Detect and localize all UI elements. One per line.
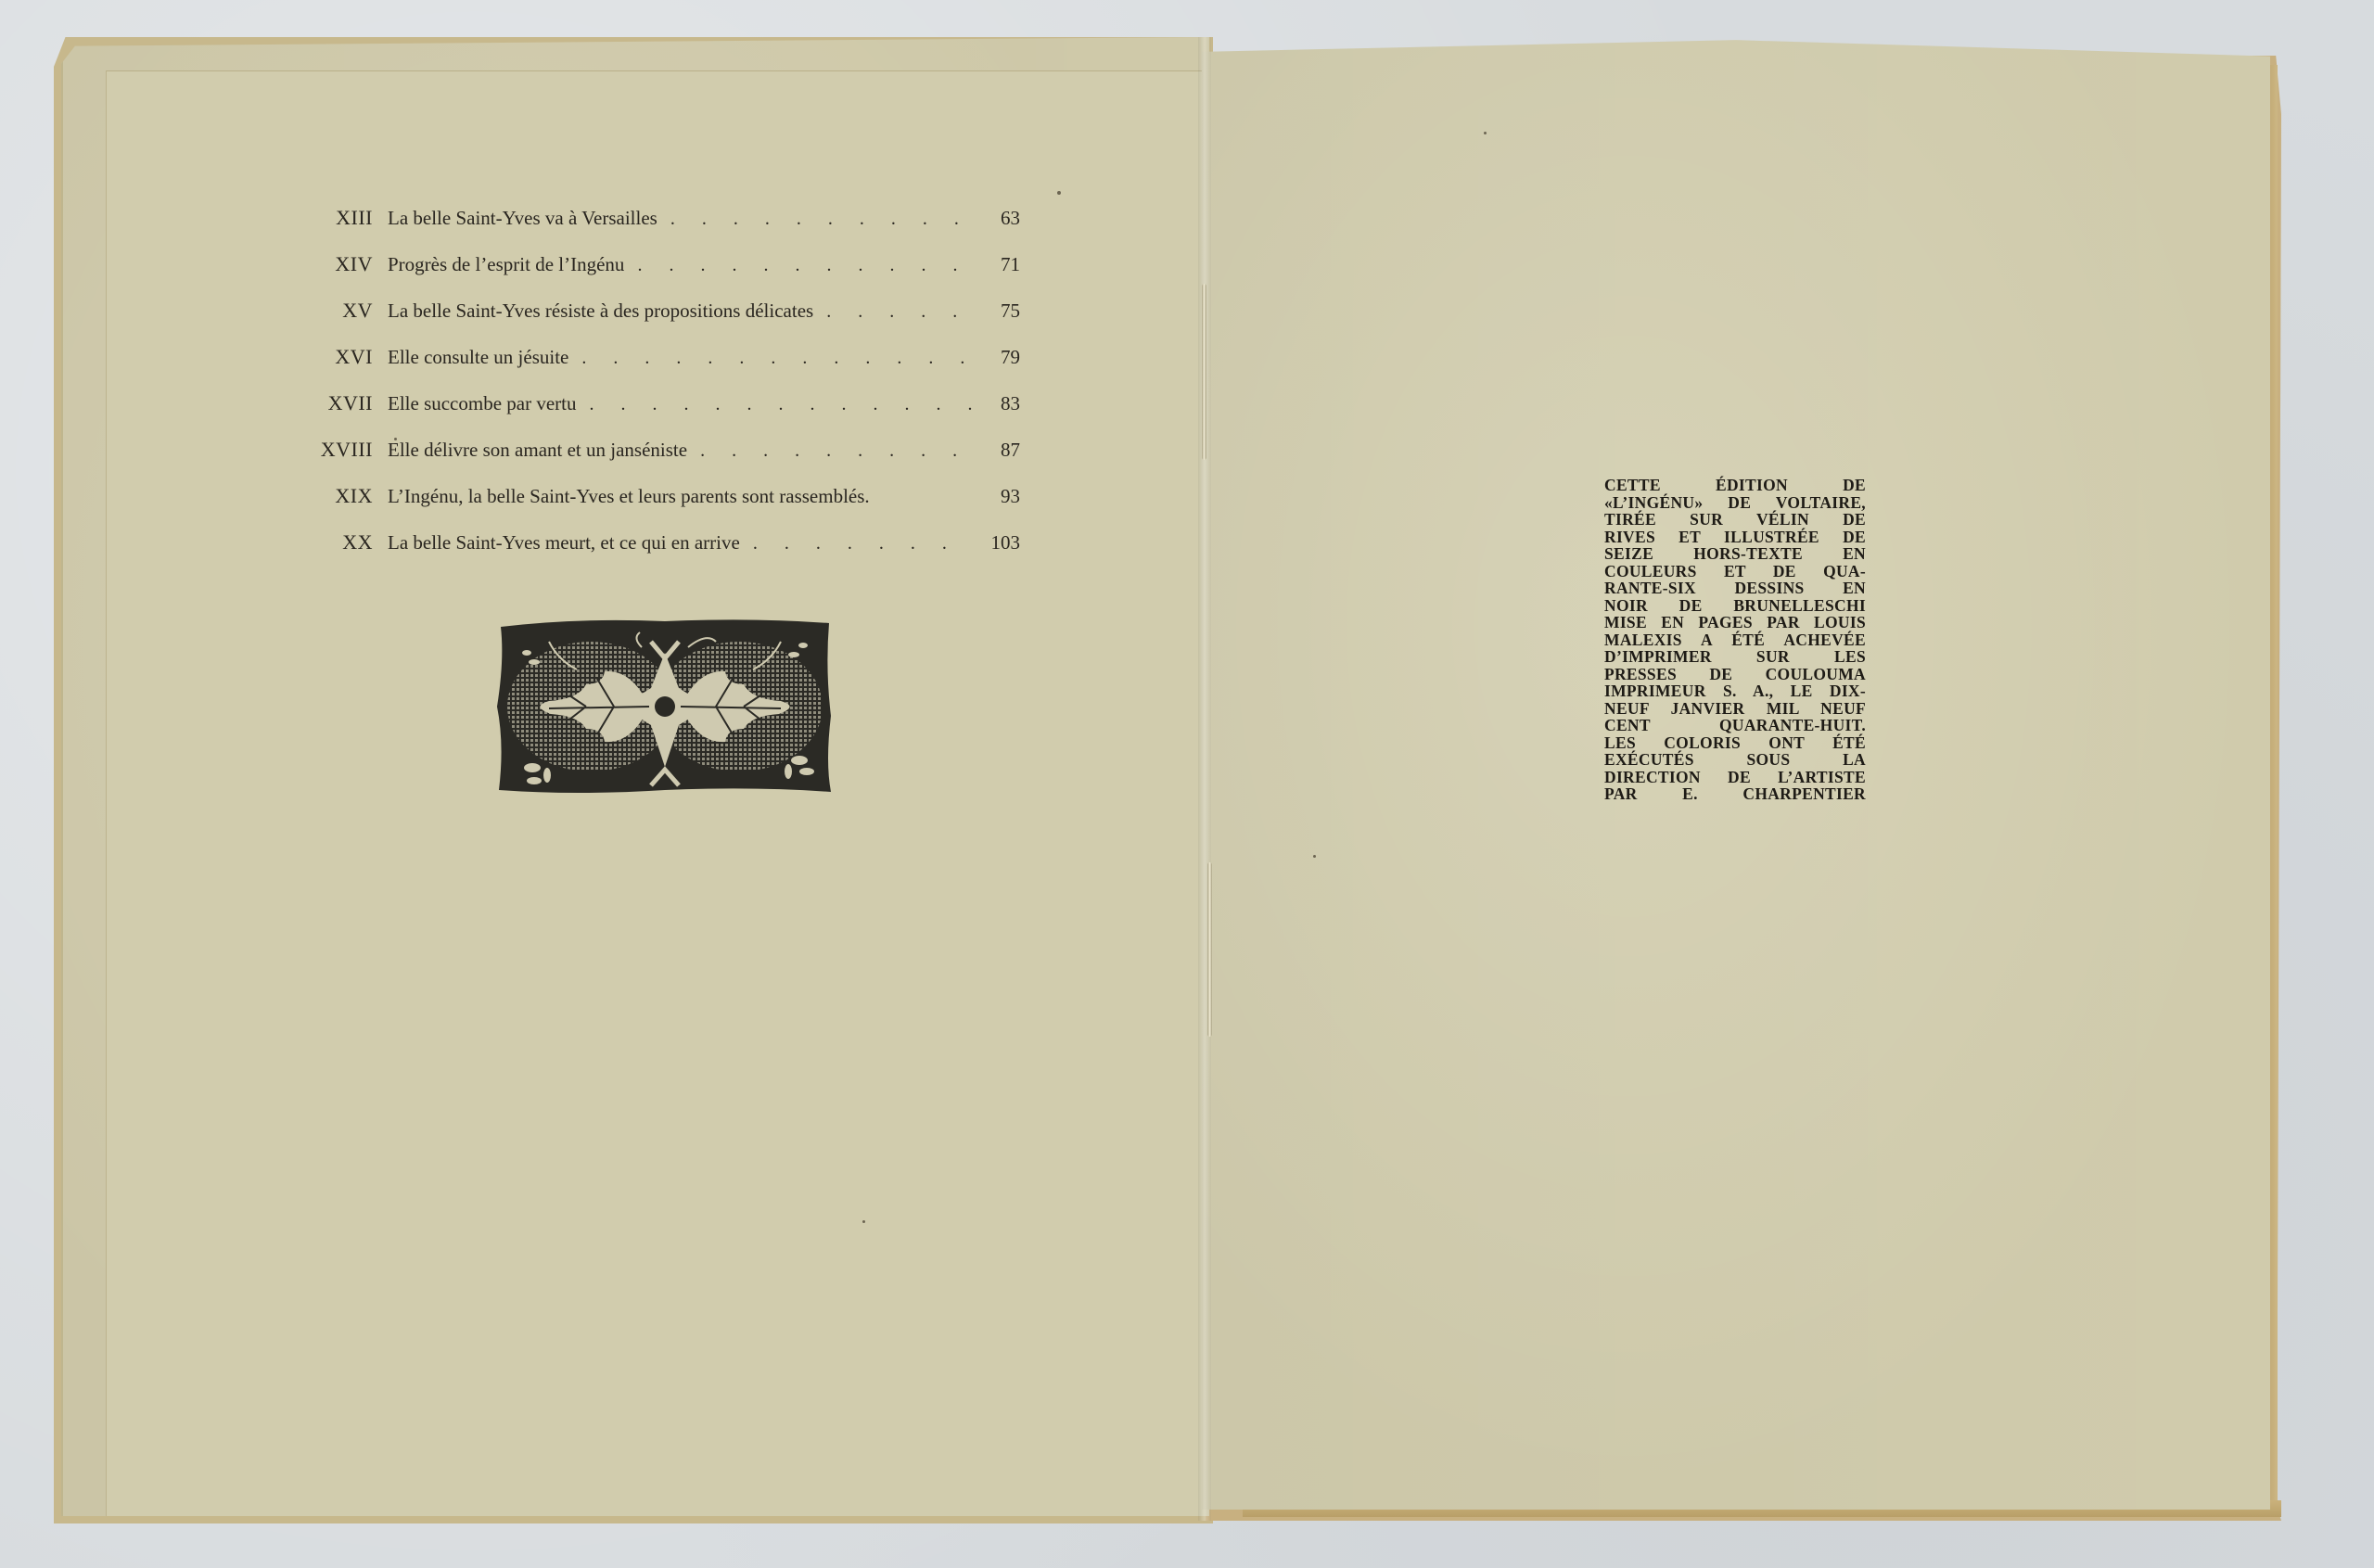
colophon-line: cent quarante-huit. (1604, 717, 1866, 734)
chapter-title: La belle Saint-Yves va à Versailles (388, 207, 657, 230)
chapter-number: XVIII (306, 438, 388, 462)
chapter-title: L’Ingénu, la belle Saint-Yves et leurs p… (388, 485, 870, 508)
page-number: 79 (974, 346, 1020, 369)
toc-entry: XX La belle Saint-Yves meurt, et ce qui … (306, 530, 1020, 577)
colophon-line: presses de Coulouma (1604, 666, 1866, 683)
colophon-line: noir de Brunelleschi (1604, 597, 1866, 615)
chapter-title: Elle succombe par vertu (388, 392, 577, 415)
page-number: 83 (974, 392, 1020, 415)
dot-leader: . . . . . . . . . . . . . . . . . . . . … (568, 348, 974, 369)
dot-leader: . . . . . . . . . . . . . . . . . . . . … (624, 255, 974, 276)
chapter-number: XVII (306, 391, 388, 415)
page-number: 71 (974, 253, 1020, 276)
paper-speck (1484, 132, 1487, 134)
page-number: 87 (974, 439, 1020, 462)
leaf-vignette-icon (493, 614, 836, 799)
dot-leader: . . . . . . . . . . . . . . . . . . . . … (687, 440, 974, 462)
dot-leader: . . . . . . . . . . . . . . . . . . . . … (657, 209, 974, 230)
toc-entry: XIX L’Ingénu, la belle Saint-Yves et leu… (306, 484, 1020, 530)
colophon-line: couleurs et de qua- (1604, 563, 1866, 580)
toc-entry: XIII La belle Saint-Yves va à Versailles… (306, 206, 1020, 252)
paper-speck (1313, 855, 1316, 858)
chapter-number: XIII (306, 206, 388, 230)
colophon-line: Malexis a été achevée (1604, 631, 1866, 649)
chapter-title: Elle délivre son amant et un janséniste (388, 439, 687, 462)
chapter-number: XX (306, 530, 388, 555)
page-number: 63 (974, 207, 1020, 230)
table-of-contents: XIII La belle Saint-Yves va à Versailles… (306, 206, 1020, 577)
dot-leader: . . . . . . . . . . . . . . . . . . . . … (577, 394, 975, 415)
colophon-line: exécutés sous la (1604, 751, 1866, 769)
colophon-line: tirée sur vélin de (1604, 511, 1866, 529)
page-number: 93 (974, 485, 1020, 508)
toc-entry: XV La belle Saint-Yves résiste à des pro… (306, 299, 1020, 345)
chapter-title: La belle Saint-Yves meurt, et ce qui en … (388, 531, 740, 555)
page-number: 103 (974, 531, 1020, 555)
colophon-line: mise en pages par Louis (1604, 614, 1866, 631)
colophon-line: par E. Charpentier (1604, 785, 1866, 803)
book-gutter (1198, 37, 1211, 1521)
colophon-line: Rives et illustrée de (1604, 529, 1866, 546)
chapter-number: XVI (306, 345, 388, 369)
chapter-number: XIV (306, 252, 388, 276)
chapter-number: XIX (306, 484, 388, 508)
toc-entry: XVII Elle succombe par vertu . . . . . .… (306, 391, 1020, 438)
chapter-title: Elle consulte un jésuite (388, 346, 568, 369)
dot-leader: . . . . . . . . . . . . . . . . . . . . … (740, 533, 974, 555)
chapter-title: Progrès de l’esprit de l’Ingénu (388, 253, 624, 276)
colophon: Cette édition de «L’Ingénu» de Voltaire,… (1604, 477, 1866, 803)
colophon-line: neuf janvier mil neuf (1604, 700, 1866, 718)
colophon-line: Cette édition de (1604, 477, 1866, 494)
colophon-line: d’imprimer sur les (1604, 648, 1866, 666)
colophon-line: direction de l’artiste (1604, 769, 1866, 786)
binding-stitch-bottom (1207, 862, 1212, 1037)
colophon-line: «L’Ingénu» de Voltaire, (1604, 494, 1866, 512)
chapter-title: La belle Saint-Yves résiste à des propos… (388, 300, 813, 323)
dot-leader: . . . . . . . . . . . . . . . . . . . . … (813, 301, 974, 323)
toc-entry: XVIII Elle délivre son amant et un jansé… (306, 438, 1020, 484)
colophon-line: Les coloris ont été (1604, 734, 1866, 752)
page-number: 75 (974, 300, 1020, 323)
colophon-line: seize hors-texte en (1604, 545, 1866, 563)
chapter-number: XV (306, 299, 388, 323)
open-book: XIII La belle Saint-Yves va à Versailles… (0, 0, 2374, 1568)
toc-entry: XIV Progrès de l’esprit de l’Ingénu . . … (306, 252, 1020, 299)
paper-speck (862, 1220, 865, 1223)
colophon-line: rante-six dessins en (1604, 580, 1866, 597)
colophon-line: imprimeur S. A., le dix- (1604, 682, 1866, 700)
binding-stitch-top (1202, 284, 1206, 460)
paper-speck (1057, 191, 1061, 195)
toc-entry: XVI Elle consulte un jésuite . . . . . .… (306, 345, 1020, 391)
